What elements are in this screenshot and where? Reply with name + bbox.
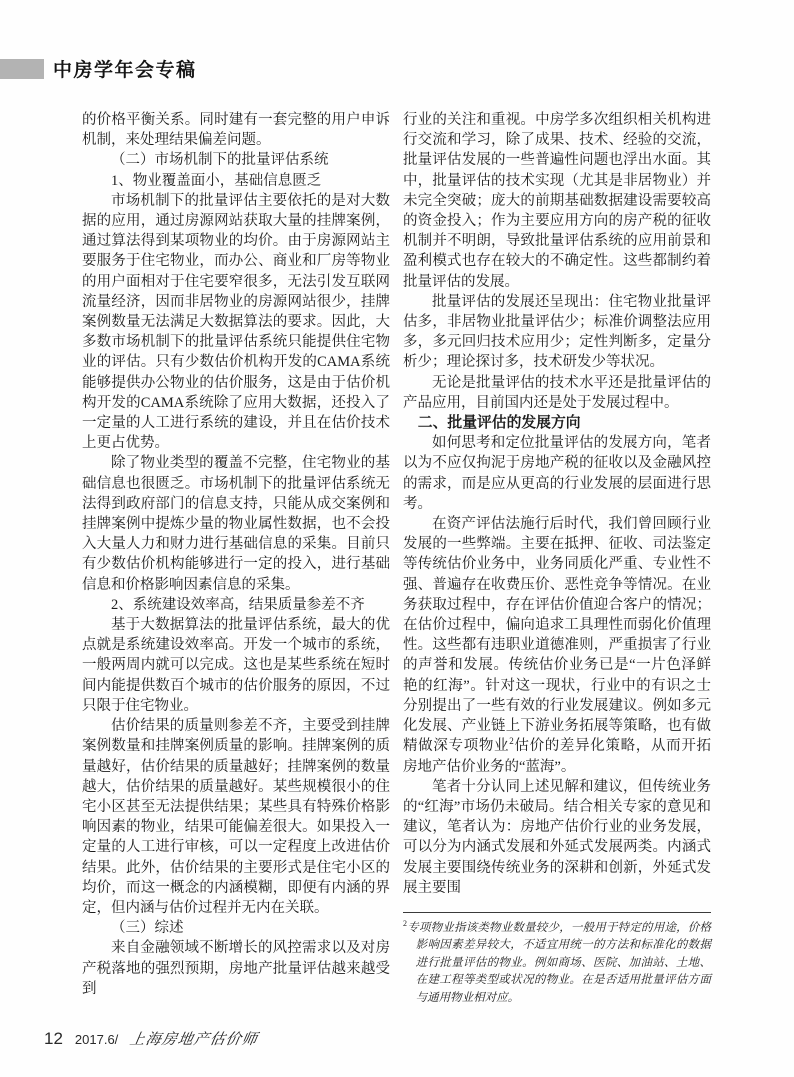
- page-footer: 12 2017.6/ 上海房地产估价师: [44, 1028, 258, 1049]
- paragraph: 来自金融领域不断增长的风控需求以及对房产税落地的强烈预期，房地产批量评估越来越受…: [82, 938, 390, 999]
- paragraph-continuation: 的价格平衡关系。同时建有一套完整的用户申诉机制，来处理结果偏差问题。: [82, 110, 390, 150]
- paragraph: 批量评估的发展还呈现出：住宅物业批量评估多，非居物业批量评估少；标准价调整法应用…: [403, 292, 711, 373]
- page-number: 12: [44, 1029, 63, 1049]
- page-header: 中房学年会专稿: [0, 55, 197, 82]
- issue-date: 2017.6/: [75, 1032, 118, 1047]
- paragraph: 笔者十分认同上述见解和建议，但传统业务的“红海”市场仍未破局。结合相关专家的意见…: [403, 777, 711, 898]
- subsection-heading: （二）市场机制下的批量评估系统: [82, 150, 390, 170]
- column-header-title: 中房学年会专稿: [53, 55, 197, 82]
- paragraph: 市场机制下的批量评估主要依托的是对大数据的应用，通过房源网站获取大量的挂牌案例，…: [82, 191, 390, 454]
- section-heading: 二、批量评估的发展方向: [403, 413, 711, 433]
- footnote-area: 2专项物业指该类物业数量较少，一般用于特定的用途，价格影响因素差异较大，不适宜用…: [403, 912, 711, 1008]
- paragraph: 估价结果的质量则参差不齐，主要受到挂牌案例数量和挂牌案例质量的影响。挂牌案例的质…: [82, 716, 390, 918]
- paragraph: 除了物业类型的覆盖不完整，住宅物业的基础信息也很匮乏。市场机制下的批量评估系统无…: [82, 453, 390, 594]
- numbered-heading: 1、物业覆盖面小，基础信息匮乏: [82, 171, 390, 191]
- paragraph-text: 在资产评估法施行后时代，我们曾回顾行业发展的一些弊端。主要在抵押、征收、司法鉴定…: [403, 516, 711, 754]
- article-body: 的价格平衡关系。同时建有一套完整的用户申诉机制，来处理结果偏差问题。 （二）市场…: [82, 110, 711, 1007]
- journal-name-logo: 上海房地产估价师: [128, 1028, 260, 1049]
- footnote-text: 专项物业指该类物业数量较少，一般用于特定的用途，价格影响因素差异较大，不适宜用统…: [407, 922, 711, 1004]
- paragraph: 基于大数据算法的批量评估系统，最大的优点就是系统建设效率高。开发一个城市的系统，…: [82, 615, 390, 716]
- paragraph: 无论是批量评估的技术水平还是批量评估的产品应用，目前国内还是处于发展过程中。: [403, 373, 711, 413]
- footnote: 2专项物业指该类物业数量较少，一般用于特定的用途，价格影响因素差异较大，不适宜用…: [403, 920, 711, 1008]
- journal-page: 中房学年会专稿 的价格平衡关系。同时建有一套完整的用户申诉机制，来处理结果偏差问…: [0, 0, 794, 1077]
- paragraph-continuation: 行业的关注和重视。中房学多次组织相关机构进行交流和学习，除了成果、技术、经验的交…: [403, 110, 711, 292]
- subsection-heading: （三）综述: [82, 918, 390, 938]
- header-accent-bar: [0, 59, 44, 79]
- paragraph: 如何思考和定位批量评估的发展方向，笔者以为不应仅拘泥于房地产税的征收以及金融风控…: [403, 433, 711, 514]
- footnote-divider: [403, 912, 711, 913]
- left-column: 的价格平衡关系。同时建有一套完整的用户申诉机制，来处理结果偏差问题。 （二）市场…: [82, 110, 390, 1007]
- right-column: 行业的关注和重视。中房学多次组织相关机构进行交流和学习，除了成果、技术、经验的交…: [403, 110, 711, 1007]
- numbered-heading: 2、系统建设效率高，结果质量参差不齐: [82, 595, 390, 615]
- paragraph-with-footnote-ref: 在资产评估法施行后时代，我们曾回顾行业发展的一些弊端。主要在抵押、征收、司法鉴定…: [403, 514, 711, 777]
